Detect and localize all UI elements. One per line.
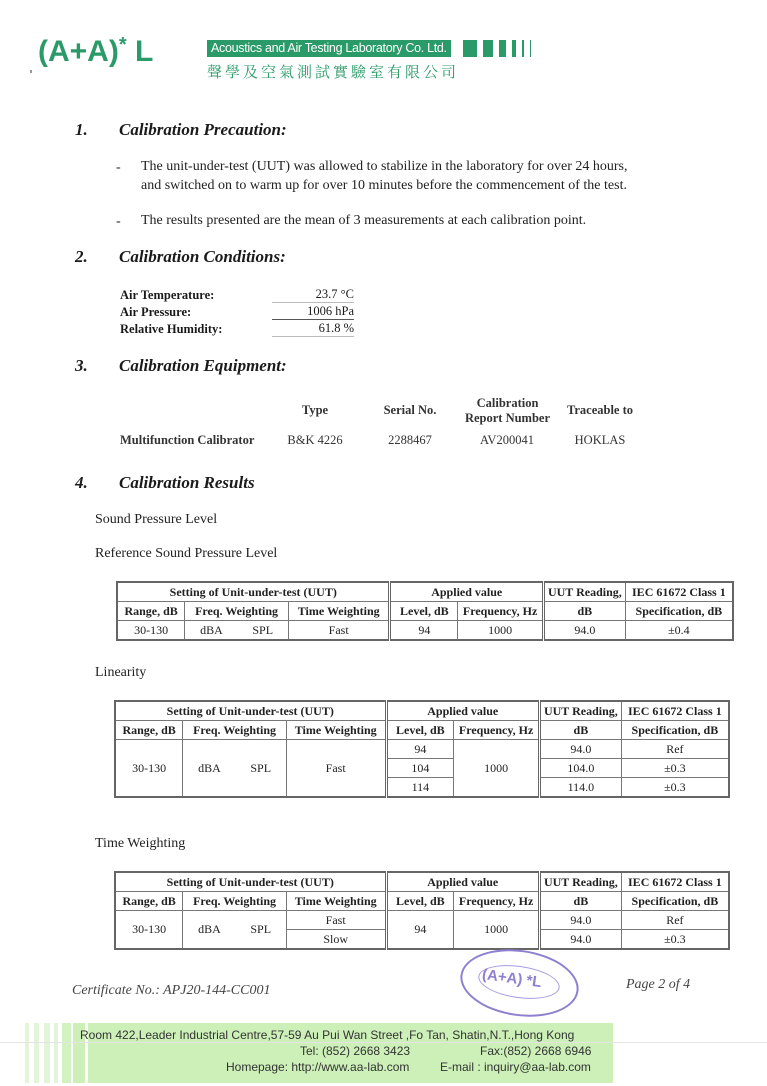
bullet-dash: - bbox=[116, 158, 121, 177]
equipment-type: B&K 4226 bbox=[275, 433, 355, 448]
footer-email[interactable]: E-mail : inquiry@aa-lab.com bbox=[440, 1060, 591, 1074]
footer-rule bbox=[0, 1042, 767, 1043]
spl-value: SPL bbox=[250, 761, 271, 776]
sound-pressure-level-heading: Sound Pressure Level bbox=[95, 510, 217, 529]
scan-speck bbox=[30, 70, 32, 73]
time-weighting-table: Setting of Unit-under-test (UUT) Applied… bbox=[114, 871, 730, 950]
frequency-header: Frequency, Hz bbox=[454, 721, 540, 740]
freq-weighting-header: Freq. Weighting bbox=[183, 892, 287, 911]
frequency-cell: 1000 bbox=[454, 911, 540, 950]
footer-fax: Fax:(852) 2668 6946 bbox=[480, 1044, 591, 1058]
equipment-serial-header: Serial No. bbox=[370, 403, 450, 418]
footer-tel: Tel: (852) 2668 3423 bbox=[300, 1044, 410, 1058]
bullet-dash: - bbox=[116, 212, 121, 231]
page-number: Page 2 of 4 bbox=[626, 977, 690, 993]
frequency-header: Frequency, Hz bbox=[458, 602, 544, 621]
level-cell: 94 bbox=[390, 621, 458, 641]
section-3-number: 3. bbox=[75, 356, 88, 376]
time-weighting-cell: Fast bbox=[286, 911, 386, 930]
level-cell: 94 bbox=[386, 911, 454, 950]
company-name-cn: 聲學及空氣測試實驗室有限公司 bbox=[207, 61, 459, 82]
range-header: Range, dB bbox=[115, 892, 183, 911]
table-row: 30-130 dBASPL Fast 94 1000 94.0 Ref bbox=[115, 740, 729, 759]
section-3-title: Calibration Equipment: bbox=[119, 356, 287, 376]
time-weighting-caption: Time Weighting bbox=[95, 834, 185, 853]
table-row: 30-130 dBASPL Fast 94 1000 94.0 ±0.4 bbox=[117, 621, 733, 641]
uut-reading-header-1: UUT Reading, bbox=[540, 872, 622, 892]
range-cell: 30-130 bbox=[117, 621, 185, 641]
logo-text: (A+A) bbox=[38, 35, 119, 68]
uut-reading-header-2: dB bbox=[543, 602, 625, 621]
section-4-number: 4. bbox=[75, 473, 88, 493]
logo-star: * bbox=[119, 34, 127, 56]
air-pressure-label: Air Pressure: bbox=[120, 305, 191, 320]
footer-stripe bbox=[34, 1023, 39, 1083]
spl-value: SPL bbox=[250, 922, 271, 937]
level-cell: 104 bbox=[386, 759, 454, 778]
frequency-cell: 1000 bbox=[458, 621, 544, 641]
reading-cell: 94.0 bbox=[543, 621, 625, 641]
weighting-value: dBA bbox=[200, 623, 223, 638]
spec-cell: Ref bbox=[621, 740, 729, 759]
air-pressure-value: 1006 hPa bbox=[272, 304, 354, 320]
equipment-name: Multifunction Calibrator bbox=[120, 433, 254, 448]
spec-header-2: Specification, dB bbox=[621, 892, 729, 911]
precaution-line-2: and switched on to warm up for over 10 m… bbox=[141, 176, 627, 195]
level-cell: 94 bbox=[386, 740, 454, 759]
spec-header-2: Specification, dB bbox=[621, 721, 729, 740]
frequency-cell: 1000 bbox=[454, 740, 540, 798]
level-cell: 114 bbox=[386, 778, 454, 798]
section-1-title: Calibration Precaution: bbox=[119, 120, 287, 140]
company-logo: (A+A)* L bbox=[38, 34, 153, 69]
report-header-line-2: Report Number bbox=[455, 411, 560, 426]
applied-header: Applied value bbox=[390, 582, 544, 602]
reading-cell: 114.0 bbox=[540, 778, 622, 798]
footer-stripe bbox=[25, 1023, 29, 1083]
range-header: Range, dB bbox=[117, 602, 185, 621]
freq-weighting-cell: dBASPL bbox=[183, 911, 287, 950]
precaution-line-1: The unit-under-test (UUT) was allowed to… bbox=[141, 157, 627, 176]
relative-humidity-value: 61.8 % bbox=[272, 321, 354, 337]
footer-address: Room 422,Leader Industrial Centre,57-59 … bbox=[80, 1028, 574, 1042]
setting-header: Setting of Unit-under-test (UUT) bbox=[115, 701, 386, 721]
air-temperature-value: 23.7 °C bbox=[272, 287, 354, 303]
spec-header-1: IEC 61672 Class 1 bbox=[625, 582, 733, 602]
equipment-traceable-to: HOKLAS bbox=[560, 433, 640, 448]
freq-weighting-header: Freq. Weighting bbox=[183, 721, 287, 740]
uut-reading-header-2: dB bbox=[540, 892, 622, 911]
range-cell: 30-130 bbox=[115, 740, 183, 798]
air-temperature-label: Air Temperature: bbox=[120, 288, 214, 303]
company-name-en: Acoustics and Air Testing Laboratory Co.… bbox=[207, 40, 451, 57]
setting-header: Setting of Unit-under-test (UUT) bbox=[117, 582, 390, 602]
reference-spl-caption: Reference Sound Pressure Level bbox=[95, 544, 277, 563]
spec-header-1: IEC 61672 Class 1 bbox=[621, 701, 729, 721]
reading-cell: 94.0 bbox=[540, 740, 622, 759]
time-weighting-cell: Slow bbox=[286, 930, 386, 950]
applied-header: Applied value bbox=[386, 701, 540, 721]
time-weighting-cell: Fast bbox=[288, 621, 390, 641]
certificate-number: Certificate No.: APJ20-144-CC001 bbox=[72, 983, 270, 999]
range-header: Range, dB bbox=[115, 721, 183, 740]
section-2-number: 2. bbox=[75, 247, 88, 267]
spec-cell: ±0.3 bbox=[621, 778, 729, 798]
footer-homepage[interactable]: Homepage: http://www.aa-lab.com bbox=[226, 1060, 409, 1074]
uut-reading-header-2: dB bbox=[540, 721, 622, 740]
linearity-table: Setting of Unit-under-test (UUT) Applied… bbox=[114, 700, 730, 798]
range-cell: 30-130 bbox=[115, 911, 183, 950]
footer-stripe bbox=[54, 1023, 58, 1083]
table-row: 30-130 dBASPL Fast 94 1000 94.0 Ref bbox=[115, 911, 729, 930]
reading-cell: 104.0 bbox=[540, 759, 622, 778]
time-weighting-header: Time Weighting bbox=[286, 721, 386, 740]
section-4-title: Calibration Results bbox=[119, 473, 255, 493]
spec-cell: Ref bbox=[621, 911, 729, 930]
spec-cell: ±0.3 bbox=[621, 930, 729, 950]
spec-header-2: Specification, dB bbox=[625, 602, 733, 621]
footer-stripe bbox=[62, 1023, 71, 1083]
equipment-serial: 2288467 bbox=[370, 433, 450, 448]
equipment-traceable-header: Traceable to bbox=[560, 403, 640, 418]
footer-stripe bbox=[44, 1023, 50, 1083]
spec-header-1: IEC 61672 Class 1 bbox=[621, 872, 729, 892]
equipment-report-header: Calibration Report Number bbox=[455, 396, 560, 426]
level-header: Level, dB bbox=[390, 602, 458, 621]
uut-reading-header-1: UUT Reading, bbox=[543, 582, 625, 602]
setting-header: Setting of Unit-under-test (UUT) bbox=[115, 872, 386, 892]
reference-spl-table: Setting of Unit-under-test (UUT) Applied… bbox=[116, 581, 734, 641]
level-header: Level, dB bbox=[386, 892, 454, 911]
frequency-header: Frequency, Hz bbox=[454, 892, 540, 911]
applied-header: Applied value bbox=[386, 872, 540, 892]
weighting-value: dBA bbox=[198, 761, 221, 776]
time-weighting-cell: Fast bbox=[286, 740, 386, 798]
reading-cell: 94.0 bbox=[540, 911, 622, 930]
time-weighting-header: Time Weighting bbox=[286, 892, 386, 911]
freq-weighting-cell: dBASPL bbox=[185, 621, 289, 641]
spec-cell: ±0.3 bbox=[621, 759, 729, 778]
section-2-title: Calibration Conditions: bbox=[119, 247, 286, 267]
equipment-type-header: Type bbox=[280, 403, 350, 418]
precaution-line-3: The results presented are the mean of 3 … bbox=[141, 211, 586, 230]
level-header: Level, dB bbox=[386, 721, 454, 740]
time-weighting-header: Time Weighting bbox=[288, 602, 390, 621]
uut-reading-header-1: UUT Reading, bbox=[540, 701, 622, 721]
freq-weighting-header: Freq. Weighting bbox=[185, 602, 289, 621]
reading-cell: 94.0 bbox=[540, 930, 622, 950]
relative-humidity-label: Relative Humidity: bbox=[120, 322, 222, 337]
spl-value: SPL bbox=[252, 623, 273, 638]
freq-weighting-cell: dBASPL bbox=[183, 740, 287, 798]
logo-l: L bbox=[135, 35, 153, 68]
spec-cell: ±0.4 bbox=[625, 621, 733, 641]
report-header-line-1: Calibration bbox=[455, 396, 560, 411]
logo-bars-decoration bbox=[463, 40, 537, 57]
linearity-caption: Linearity bbox=[95, 663, 146, 682]
equipment-report-number: AV200041 bbox=[462, 433, 552, 448]
section-1-number: 1. bbox=[75, 120, 88, 140]
weighting-value: dBA bbox=[198, 922, 221, 937]
